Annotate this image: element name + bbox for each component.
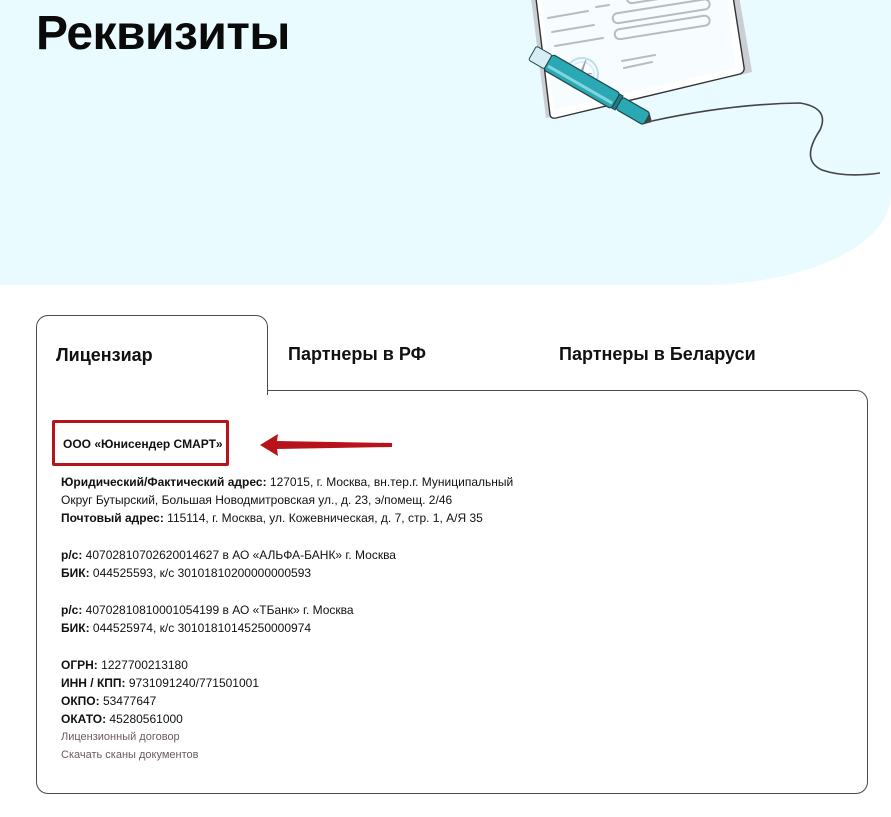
inn-kpp: ИНН / КПП: 9731091240/771501001: [61, 674, 513, 692]
tab-partners-rf[interactable]: Партнеры в РФ: [288, 343, 426, 365]
bank-account-tbank: р/с: 40702810810001054199 в АО «ТБанк» г…: [61, 601, 513, 619]
legal-address: Юридический/Фактический адрес: 127015, г…: [61, 473, 513, 491]
tab-licensor[interactable]: Лицензиар: [36, 315, 268, 395]
hero-banner: Реквизиты: [0, 0, 891, 285]
document-signing-illustration-icon: [500, 0, 891, 200]
red-arrow-left-icon: [258, 432, 394, 458]
license-agreement-link[interactable]: Лицензионный договор: [61, 728, 513, 746]
company-name: ООО «Юнисендер СМАРТ»: [63, 437, 223, 451]
tab-licensor-label: Лицензиар: [56, 344, 153, 366]
bank-bik-alfa: БИК: 044525593, к/с 30101810200000000593: [61, 564, 513, 582]
bank-bik-tbank: БИК: 044525974, к/с 30101810145250000974: [61, 619, 513, 637]
download-scans-link[interactable]: Скачать сканы документов: [61, 746, 513, 764]
postal-address: Почтовый адрес: 115114, г. Москва, ул. К…: [61, 509, 513, 527]
okato: ОКАТО: 45280561000: [61, 710, 513, 728]
company-details: Юридический/Фактический адрес: 127015, г…: [61, 473, 513, 764]
company-name-highlight: ООО «Юнисендер СМАРТ»: [52, 420, 229, 466]
page-title: Реквизиты: [36, 4, 290, 64]
tab-partners-belarus[interactable]: Партнеры в Беларуси: [559, 343, 756, 365]
legal-address-cont: Округ Бутырский, Большая Новодмитровская…: [61, 491, 513, 509]
ogrn: ОГРН: 1227700213180: [61, 656, 513, 674]
okpo: ОКПО: 53477647: [61, 692, 513, 710]
bank-account-alfa: р/с: 40702810702620014627 в АО «АЛЬФА-БА…: [61, 546, 513, 564]
